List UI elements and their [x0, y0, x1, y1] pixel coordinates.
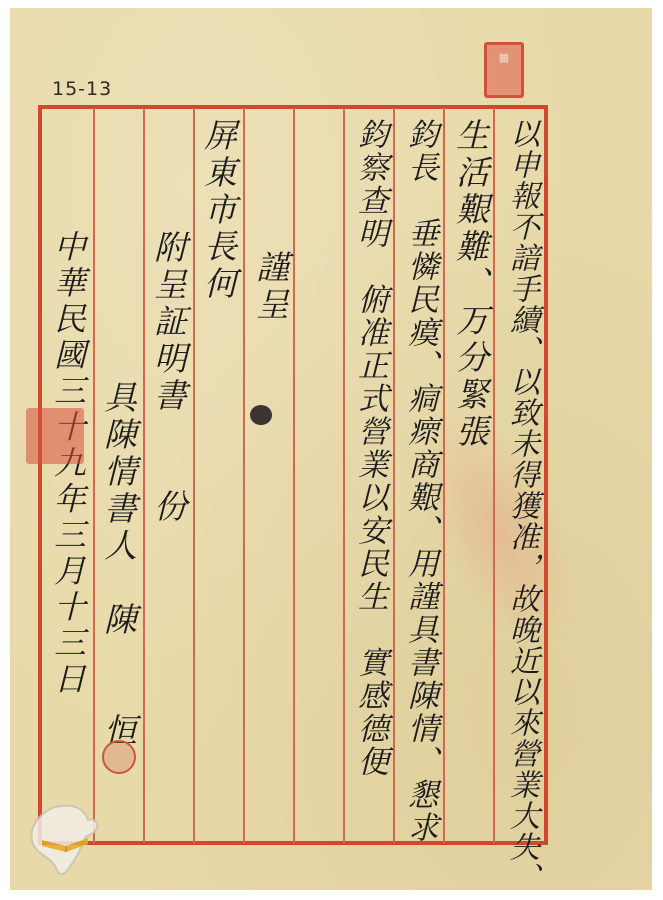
- column-rule: [393, 108, 395, 843]
- column-rule: [193, 108, 195, 843]
- text-column-3: 鈞長 垂憐民瘼、痌瘝商艱、用謹具書陳情、懇求: [398, 118, 442, 844]
- column-rule: [243, 108, 245, 843]
- archive-number: 15-13: [52, 78, 112, 100]
- column-rule: [93, 108, 95, 843]
- column-rule: [343, 108, 345, 843]
- signature-seal-icon: [102, 740, 136, 774]
- column-rule: [443, 108, 445, 843]
- text-column-1: 以申報不諳手續、以致未得獲准，故晚近以來營業大失、: [498, 118, 542, 893]
- ink-blot: [250, 405, 272, 425]
- text-column-4: 鈞察查明 俯准正式營業以安民生 實感德便: [348, 118, 392, 778]
- column-rule: [293, 108, 295, 843]
- top-seal-icon: ▦: [484, 42, 524, 98]
- column-rule: [493, 108, 495, 843]
- date-seal-icon: [26, 408, 84, 464]
- text-column-attachment: 附呈証明書 份: [146, 230, 190, 526]
- text-column-petitioner: 具陳情書人 陳 恒: [96, 380, 140, 750]
- text-column-date: 中華民國三十九年三月十三日: [44, 230, 88, 698]
- text-column-respectfully: 謹呈: [248, 250, 292, 324]
- archive-logo-icon: [22, 800, 112, 880]
- text-column-2: 生活艱難、万分緊張: [448, 118, 492, 451]
- text-column-addressee: 屏東市長何: [196, 118, 240, 303]
- column-rule: [143, 108, 145, 843]
